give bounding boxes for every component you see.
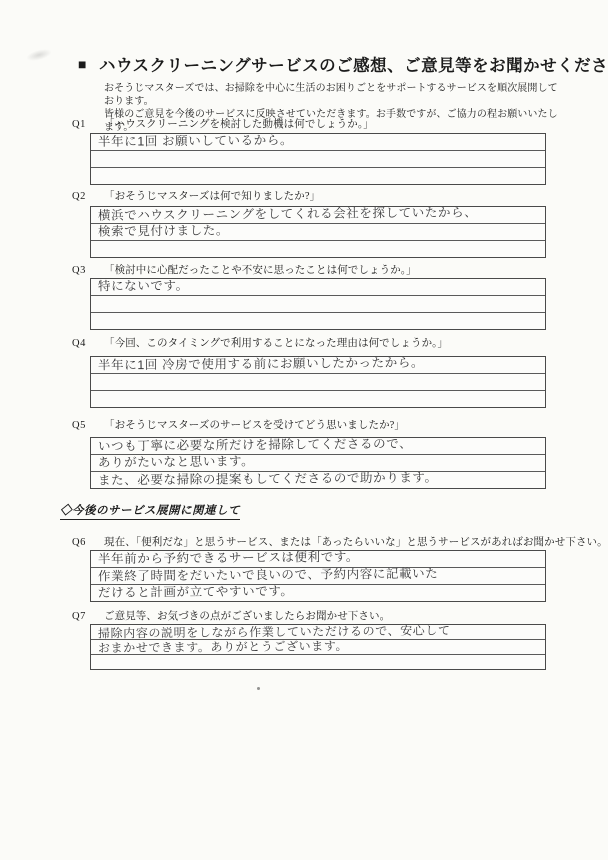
answer-line: 半年に1回 お願いしているから。 — [91, 134, 545, 151]
answer-box: 掃除内容の説明をしながら作業していただけるので、安心して おまかせできます。あり… — [90, 624, 546, 670]
question-block-q4: Q4 「今回、このタイミングで利用することになった理由は何でしょうか。」 半年に… — [72, 337, 550, 408]
question-number: Q5 — [72, 419, 104, 432]
question-row: Q4 「今回、このタイミングで利用することになった理由は何でしょうか。」 — [72, 337, 550, 350]
answer-line — [91, 241, 545, 257]
question-text: 「おそうじマスターズのサービスを受けてどう思いましたか?」 — [104, 419, 405, 432]
question-row: Q5 「おそうじマスターズのサービスを受けてどう思いましたか?」 — [72, 419, 550, 432]
section-header-future-services: ◇今後のサービス展開に関連して — [60, 502, 240, 520]
question-row: Q1 「ハウスクリーニングを検討した動機は何でしょうか。」 — [72, 118, 550, 131]
question-number: Q1 — [72, 118, 104, 131]
answer-line: 半年に1回 冷房で使用する前にお願いしたかったから。 — [91, 357, 545, 374]
question-block-q7: Q7 ご意見等、お気づきの点がございましたらお聞かせ下さい。 掃除内容の説明をし… — [72, 610, 550, 670]
intro-line-1: おそうじマスターズでは、お掃除を中心に生活のお困りごとをサポートするサービスを順… — [104, 82, 564, 108]
answer-line — [91, 655, 545, 669]
question-number: Q7 — [72, 610, 104, 623]
answer-line — [91, 296, 545, 313]
answer-line — [91, 151, 545, 168]
question-row: Q2 「おそうじマスターズは何で知りましたか?」 — [72, 190, 550, 203]
question-text: 「今回、このタイミングで利用することになった理由は何でしょうか。」 — [104, 337, 448, 350]
scanned-questionnaire-page: ■ ハウスクリーニングサービスのご感想、ご意見等をお聞かせください ■ おそうじ… — [0, 0, 608, 860]
question-text: 「おそうじマスターズは何で知りましたか?」 — [104, 190, 320, 203]
answer-line — [91, 168, 545, 184]
handwritten-answer: 検索で見付けました。 — [98, 220, 229, 241]
page-title: ■ ハウスクリーニングサービスのご感想、ご意見等をお聞かせください ■ — [78, 52, 568, 76]
answer-line: また、必要な掃除の提案もしてくださるので助かります。 — [91, 472, 545, 488]
answer-line: だけると計画が立てやすいです。 — [91, 585, 545, 601]
question-block-q3: Q3 「検討中に心配だったことや不安に思ったことは何でしょうか。」 特にないです… — [72, 264, 550, 330]
square-bullet-left-icon: ■ — [78, 56, 87, 72]
answer-line: おまかせできます。ありがとうございます。 — [91, 640, 545, 655]
answer-line — [91, 374, 545, 391]
handwritten-answer: また、必要な掃除の提案もしてくださるので助かります。 — [98, 468, 438, 491]
question-number: Q2 — [72, 190, 104, 203]
handwritten-answer: 半年に1回 お願いしているから。 — [98, 130, 293, 152]
answer-box: 半年に1回 冷房で使用する前にお願いしたかったから。 — [90, 356, 546, 408]
question-block-q2: Q2 「おそうじマスターズは何で知りましたか?」 横浜でハウスクリーニングをして… — [72, 190, 550, 258]
answer-line: 検索で見付けました。 — [91, 224, 545, 241]
answer-box: 横浜でハウスクリーニングをしてくれる会社を探していたから、 検索で見付けました。 — [90, 206, 546, 258]
question-block-q5: Q5 「おそうじマスターズのサービスを受けてどう思いましたか?」 いつも丁寧に必… — [72, 419, 550, 489]
question-number: Q4 — [72, 337, 104, 350]
answer-box: 半年前から予約できるサービスは便利です。 作業終了時間をだいたいで良いので、予約… — [90, 550, 546, 602]
answer-line — [91, 391, 545, 407]
question-block-q1: Q1 「ハウスクリーニングを検討した動機は何でしょうか。」 半年に1回 お願いし… — [72, 118, 550, 185]
handwritten-answer: だけると計画が立てやすいです。 — [98, 581, 294, 603]
scan-noise-dot — [257, 687, 260, 690]
handwritten-answer: 半年に1回 冷房で使用する前にお願いしたかったから。 — [98, 353, 424, 376]
question-block-q6: Q6 現在、「便利だな」と思うサービス、または「あったらいいな」と思うサービスが… — [72, 536, 550, 602]
answer-box: 特にないです。 — [90, 278, 546, 330]
answer-box: いつも丁寧に必要な所だけを掃除してくださるので、 ありがたいなと思います。 また… — [90, 437, 546, 489]
answer-line: 特にないです。 — [91, 279, 545, 296]
answer-line — [91, 313, 545, 329]
scan-noise-smudge — [25, 47, 53, 63]
question-number: Q3 — [72, 264, 104, 277]
page-title-text: ハウスクリーニングサービスのご感想、ご意見等をお聞かせください — [99, 52, 608, 76]
question-number: Q6 — [72, 536, 104, 549]
handwritten-answer: 特にないです。 — [98, 276, 189, 297]
question-text: 「ハウスクリーニングを検討した動機は何でしょうか。」 — [104, 118, 374, 131]
answer-box: 半年に1回 お願いしているから。 — [90, 133, 546, 185]
